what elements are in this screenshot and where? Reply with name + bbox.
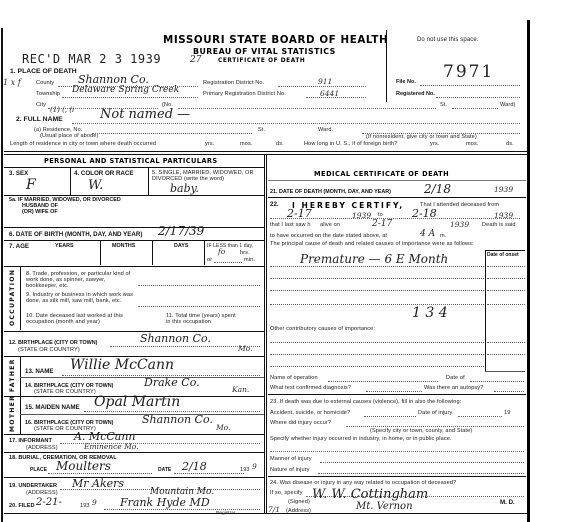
- burial-year-suffix: 193: [240, 467, 250, 473]
- signed-suffix: M. D.: [500, 499, 515, 506]
- residence-yrs-label: yrs.: [205, 141, 214, 147]
- autopsy-label: Was there an autopsy?: [424, 385, 483, 391]
- operation-line: [328, 381, 438, 382]
- age-divider-2: [152, 240, 153, 265]
- trade-line: [138, 285, 260, 286]
- operation-label: Name of operation: [270, 375, 318, 381]
- contributory-line-3: [270, 366, 484, 367]
- us-ds-label: ds.: [506, 141, 514, 147]
- filed-year-prefix: 193: [80, 503, 90, 509]
- nature-label: Nature of injury: [270, 467, 310, 473]
- us-mos-label: mos.: [466, 141, 479, 147]
- burial-year-value[interactable]: 9: [252, 462, 257, 471]
- full-name-annotation: (1) (, (i: [50, 106, 74, 114]
- age-days-label: DAYS: [174, 243, 188, 249]
- received-stamp: REC'D MAR 2 3 1939: [22, 52, 161, 66]
- burial-place-line: [48, 473, 152, 474]
- onset-label: Date of onset: [487, 252, 519, 258]
- onset-box-top: [485, 250, 525, 251]
- undertaker-label: 19. UNDERTAKER: [9, 483, 57, 489]
- onset-box-left: [485, 250, 486, 372]
- mother-maiden-line: [84, 411, 260, 412]
- primary-reg-district-label: Primary Registration District No.: [203, 91, 286, 97]
- row-rule-age: [4, 266, 264, 267]
- father-birthplace-sublabel: (STATE OR COUNTRY): [34, 389, 96, 395]
- header-subtitle: BUREAU OF VITAL STATISTICS: [193, 47, 336, 56]
- personal-section-title: PERSONAL AND STATISTICAL PARTICULARS: [44, 157, 217, 165]
- address-margin: 7/1: [268, 505, 280, 514]
- residence-ds-label: ds.: [276, 141, 284, 147]
- occupation-side-label: OCCUPATION: [9, 269, 16, 326]
- occupation-related-label: 24. Was disease or injury in any way rel…: [270, 480, 456, 486]
- if-so-label: If so, specify: [270, 490, 303, 496]
- township-label: Township: [36, 91, 60, 97]
- file-number-value: 7971: [443, 62, 494, 82]
- age-months-label: MONTHS: [112, 243, 135, 249]
- from-value[interactable]: 2-17: [287, 207, 312, 220]
- row-rule-occupation: [4, 331, 264, 332]
- age-label: 7. AGE: [9, 243, 29, 250]
- residence-line: [92, 133, 252, 134]
- operation-date-label: Date of: [446, 375, 465, 381]
- row-rule-dob: [4, 240, 264, 241]
- where-sublabel: (Specify city or town, county, and State…: [370, 428, 472, 434]
- contributory-label: Other contributory causes of importance:: [270, 326, 375, 332]
- from-year[interactable]: 1939: [352, 211, 371, 220]
- father-name-label: 13. NAME: [25, 368, 54, 375]
- signed-value[interactable]: W. W. Cottingham: [312, 487, 428, 502]
- st-line: [452, 108, 498, 109]
- informant-address[interactable]: Eminence Mo.: [84, 442, 139, 451]
- to-value[interactable]: 2-18: [412, 207, 437, 220]
- min-suffix: min.: [244, 257, 255, 263]
- row-rule-date-of-death: [268, 197, 526, 198]
- filed-date-value[interactable]: 2-21-: [36, 497, 62, 508]
- contributory-mark: 1 3 4: [412, 305, 448, 321]
- to-year[interactable]: 1939: [494, 211, 513, 220]
- right-border: [527, 20, 530, 522]
- onset-line-1: [487, 266, 525, 267]
- registrar-value[interactable]: Frank Hyde MD: [120, 496, 210, 509]
- manner-label: Manner of injury: [270, 456, 312, 462]
- occupation-side-rule: [20, 266, 21, 330]
- us-residence-label: How long in U. S., if of foreign birth?: [304, 141, 397, 147]
- contributory-line-1: [270, 342, 484, 343]
- signed-label: (Signed): [288, 499, 310, 505]
- row-rule-burial: [4, 477, 264, 478]
- residence-sublabel: (Usual place of abode): [40, 133, 98, 139]
- accident-line: [364, 416, 416, 417]
- informant-sublabel: (ADDRESS): [26, 445, 58, 451]
- specify-label: Specify whether injury occurred in indus…: [270, 436, 452, 442]
- sex-divider: [70, 167, 71, 195]
- row-rule-injury: [268, 476, 526, 477]
- township-line: [62, 97, 198, 98]
- birthplace-sublabel: (STATE OR COUNTRY): [18, 347, 80, 353]
- birthplace-label: 12. BIRTHPLACE (CITY OR TOWN): [9, 340, 97, 346]
- last-worked-label: 10. Date deceased last worked at this oc…: [26, 313, 138, 325]
- industry-line: [138, 306, 260, 307]
- last-saw-sublabel: alive on: [320, 222, 340, 228]
- header-divider: [386, 30, 387, 102]
- onset-line-6: [487, 354, 525, 355]
- injury-date-label: Date of injury: [418, 410, 452, 416]
- father-birthplace-value[interactable]: Drake Co.: [144, 376, 200, 389]
- last-saw-label: that I last saw h: [270, 222, 311, 228]
- burial-place-label: PLACE: [30, 467, 47, 473]
- residence-st-label: St.: [258, 127, 265, 133]
- undertaker-value[interactable]: Mr Akers: [72, 477, 124, 490]
- min-label: or: [207, 257, 212, 263]
- ward-label: Ward): [500, 102, 516, 108]
- color-divider: [148, 167, 149, 195]
- last-saw-value[interactable]: 2-17: [372, 219, 392, 229]
- county-label: County: [36, 80, 54, 86]
- full-name-line: [72, 123, 520, 124]
- external-causes-label: 23. If death was due to external causes …: [270, 399, 461, 405]
- registered-no-line: [436, 97, 520, 98]
- mother-maiden-value[interactable]: Opal Martin: [94, 394, 180, 410]
- column-divider-2: [266, 154, 267, 513]
- marital-label: 5. SINGLE, MARRIED, WIDOWED, OR DIVORCED…: [152, 170, 260, 182]
- address-line: [178, 108, 436, 109]
- onset-line-4: [487, 304, 525, 305]
- length-of-residence-label: Length of residence in city or town wher…: [10, 141, 156, 147]
- sex-value[interactable]: F: [26, 177, 36, 193]
- cause-label: The principal cause of death and related…: [270, 241, 474, 247]
- last-saw-year[interactable]: 1939: [450, 220, 469, 229]
- informant-label: 17. INFORMANT: [9, 438, 52, 444]
- personal-title-rule: [4, 167, 264, 168]
- registrar-label: Registrar.: [216, 510, 237, 515]
- medical-title-rule: [268, 180, 526, 181]
- burial-date-label: DATE: [158, 467, 171, 473]
- row-rule-operation: [268, 394, 526, 395]
- date-of-death-label: 21. DATE OF DEATH (MONTH, DAY, AND YEAR): [270, 189, 391, 195]
- medical-section-title: MEDICAL CERTIFICATE OF DEATH: [314, 170, 449, 178]
- burial-date-line: [174, 473, 244, 474]
- mother-side-label: MOTHER: [9, 395, 16, 432]
- place-margin-note: 1 x f: [3, 78, 21, 87]
- mother-maiden-label: 15. MAIDEN NAME: [25, 404, 80, 411]
- diagnosis-label: What test confirmed diagnosis?: [270, 385, 351, 391]
- father-side-label: FATHER: [9, 358, 16, 392]
- hrs-label: hrs.: [240, 250, 250, 256]
- total-time-label: 11. Total time (years) spent in this occ…: [166, 313, 236, 325]
- cause-value[interactable]: Premature — 6 E Month: [300, 252, 448, 266]
- time-suffix: m.: [440, 233, 446, 239]
- st-label: St.: [440, 102, 447, 108]
- trade-label: 8. Trade, profession, or particular kind…: [26, 271, 138, 289]
- header-form-name: CERTIFICATE OF DEATH: [218, 58, 305, 64]
- marital-value[interactable]: baby.: [170, 182, 199, 195]
- diagnosis-line: [366, 391, 422, 392]
- bottom-border: [4, 513, 527, 514]
- mother-birthplace-value[interactable]: Shannon Co.: [142, 413, 213, 426]
- burial-place-value[interactable]: Moulters: [56, 459, 111, 473]
- injury-date-line: [458, 416, 502, 417]
- column-divider: [264, 154, 265, 513]
- address-label: (Address): [286, 508, 311, 514]
- dob-label: 6. DATE OF BIRTH (MONTH, DAY, AND YEAR): [9, 231, 142, 238]
- accident-label: Accident, suicide, or homicide?: [270, 410, 350, 416]
- contributory-line-2: [270, 354, 484, 355]
- date-of-death-value[interactable]: 2/18: [424, 182, 451, 196]
- margin-mark: 27: [190, 55, 201, 65]
- city-label: City: [36, 102, 46, 108]
- cause-line-2: [270, 278, 484, 279]
- onset-line-5: [487, 342, 525, 343]
- file-no-line: [420, 85, 520, 86]
- left-border: [1, 28, 3, 522]
- manner-line: [320, 462, 524, 463]
- residence-ward-label: Ward.: [318, 127, 333, 133]
- row-rule-spouse: [4, 227, 264, 228]
- time-value[interactable]: 4 A: [420, 229, 435, 239]
- less-than-day-label: IF LESS than 1 day,: [207, 243, 253, 249]
- section-divider-top: [4, 151, 527, 152]
- mother-birthplace-state[interactable]: Mo.: [216, 423, 230, 432]
- where-label: Where did injury occur?: [270, 420, 331, 426]
- father-birthplace-state[interactable]: Kan.: [232, 385, 249, 394]
- residence-foreign-note: (If nonresident, give city or town and S…: [366, 134, 477, 140]
- nature-line: [318, 473, 524, 474]
- father-inner-rule: [20, 377, 264, 378]
- spouse-label-3: (OR) WIFE OF: [22, 209, 58, 215]
- date-of-death-year[interactable]: 1939: [494, 185, 513, 194]
- address-value[interactable]: Mt. Vernon: [356, 501, 413, 512]
- township-value[interactable]: Delaware Spring Creek: [72, 85, 179, 95]
- reg-district-line: [278, 86, 366, 87]
- place-of-death-label: 1. PLACE OF DEATH: [10, 68, 77, 75]
- occurred-label: to have occurred on the date stated abov…: [270, 233, 387, 239]
- father-side-rule: [20, 356, 21, 396]
- do-not-use-note: Do not use this space.: [417, 37, 479, 43]
- age-divider-3: [204, 240, 205, 265]
- hrs-value[interactable]: fo: [218, 247, 225, 256]
- birthplace-state[interactable]: Mo.: [238, 344, 252, 353]
- sex-label: 3. SEX: [9, 170, 28, 177]
- industry-label: 9. Industry or business in which work wa…: [26, 292, 138, 304]
- dob-value[interactable]: 2/17/39: [158, 224, 204, 238]
- cause-line-3: [270, 290, 484, 291]
- primary-reg-district-value[interactable]: 6441: [320, 89, 339, 98]
- birthplace-value[interactable]: Shannon Co.: [140, 332, 211, 345]
- row-rule-informant: [4, 452, 264, 453]
- specify-line: [270, 451, 524, 452]
- age-divider-1: [100, 240, 101, 265]
- registered-no-label: Registered No.: [396, 91, 435, 97]
- operation-date-line: [470, 381, 524, 382]
- cause-line-1: [270, 266, 484, 267]
- mother-side-rule: [20, 396, 21, 434]
- us-yrs-label: yrs.: [430, 141, 439, 147]
- onset-line-3: [487, 290, 525, 291]
- onset-line-2: [487, 278, 525, 279]
- reg-district-label: Registration District No.: [203, 80, 264, 86]
- row-rule-sex: [4, 195, 264, 196]
- min-line: [214, 262, 242, 263]
- undertaker-sublabel: (ADDRESS): [26, 490, 58, 496]
- file-no-label: File No.: [396, 79, 416, 85]
- filed-label: 20. FILED: [9, 503, 35, 509]
- reg-district-value[interactable]: 911: [318, 77, 332, 86]
- filed-year-value[interactable]: 9: [92, 498, 97, 507]
- full-name-value[interactable]: Not named —: [100, 107, 190, 122]
- where-line: [346, 426, 524, 427]
- certify-num: 22.: [270, 201, 279, 208]
- residence-mos-label: mos.: [240, 141, 253, 147]
- color-value[interactable]: W.: [88, 178, 103, 193]
- to-label: to: [378, 212, 383, 218]
- death-said-label: Death is said: [482, 222, 516, 228]
- age-years-label: YEARS: [55, 243, 74, 249]
- onset-box-bottom: [485, 371, 525, 372]
- father-name-value[interactable]: Willie McCann: [70, 357, 174, 373]
- color-label: 4. COLOR OR RACE: [74, 170, 133, 177]
- cause-line-4: [270, 304, 484, 305]
- header-title: MISSOURI STATE BOARD OF HEALTH: [163, 34, 388, 46]
- burial-date-value[interactable]: 2/18: [182, 460, 207, 473]
- full-name-label: 2. FULL NAME: [16, 116, 63, 123]
- autopsy-line: [494, 391, 524, 392]
- injury-year-label: 19: [504, 410, 510, 416]
